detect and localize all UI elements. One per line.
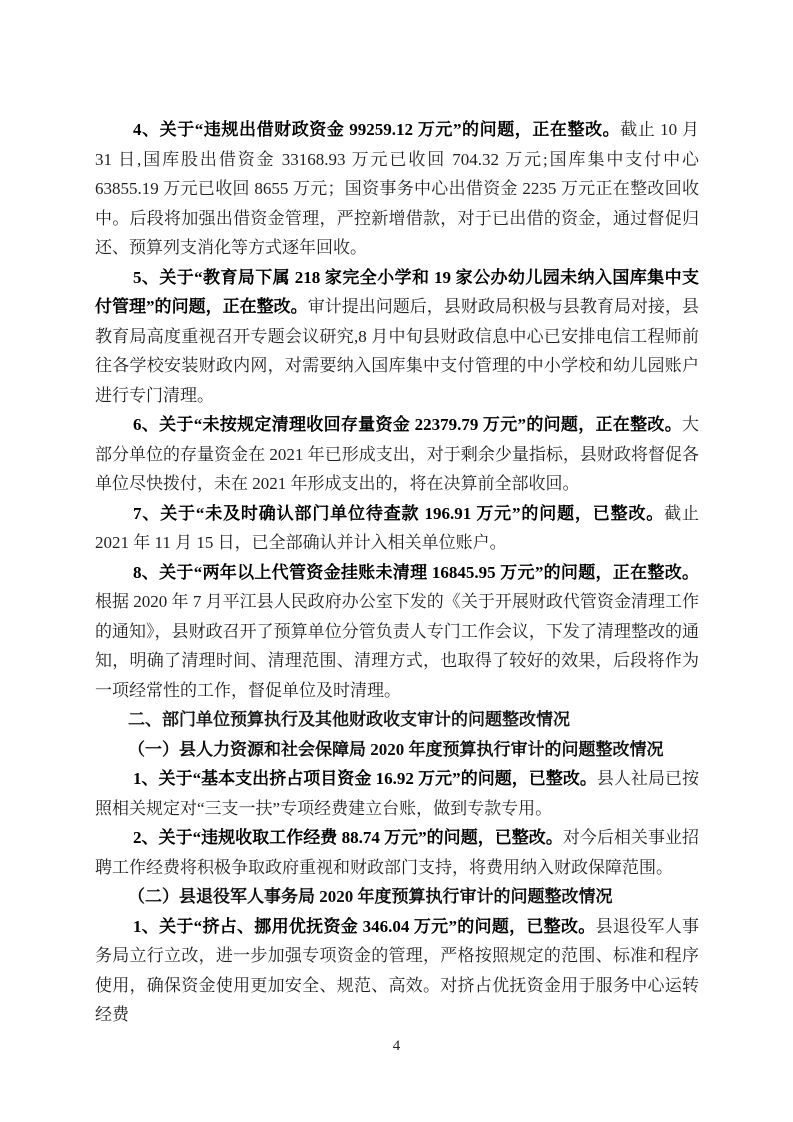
paragraph-bold-lead: 1、关于“基本支出挤占项目资金 16.92 万元”的问题，已整改。	[133, 769, 597, 788]
paragraph-bold-lead: 1、关于“挤占、挪用优抚资金 346.04 万元”的问题，已整改。	[133, 917, 596, 936]
subsection-heading-text: （一）县人力资源和社会保障局 2020 年度预算执行审计的问题整改情况	[128, 740, 664, 759]
numbered-paragraph: 6、关于“未按规定清理收回存量资金 22379.79 万元”的问题，正在整改。大…	[95, 410, 699, 499]
document-body: 4、关于“违规出借财政资金 99259.12 万元”的问题，正在整改。截止 10…	[95, 115, 699, 1030]
numbered-paragraph: 4、关于“违规出借财政资金 99259.12 万元”的问题，正在整改。截止 10…	[95, 115, 699, 263]
numbered-paragraph: 2、关于“违规收取工作经费 88.74 万元”的问题，已整改。对今后相关事业招聘…	[95, 823, 699, 882]
paragraph-bold-lead: 8、关于“两年以上代管资金挂账未清理 16845.95 万元”的问题，正在整改。	[133, 563, 699, 582]
paragraph-bold-lead: 2、关于“违规收取工作经费 88.74 万元”的问题，已整改。	[133, 828, 563, 847]
paragraph-bold-lead: 7、关于“未及时确认部门单位待查款 196.91 万元”的问题，已整改。	[133, 504, 664, 523]
section-heading-text: 二、部门单位预算执行及其他财政收支审计的问题整改情况	[128, 710, 570, 729]
section-heading: 二、部门单位预算执行及其他财政收支审计的问题整改情况	[95, 705, 699, 735]
subsection-heading: （二）县退役军人事务局 2020 年度预算执行审计的问题整改情况	[95, 882, 699, 912]
paragraph-bold-lead: 4、关于“违规出借财政资金 99259.12 万元”的问题，正在整改。	[133, 120, 620, 139]
subsection-heading: （一）县人力资源和社会保障局 2020 年度预算执行审计的问题整改情况	[95, 735, 699, 765]
numbered-paragraph: 7、关于“未及时确认部门单位待查款 196.91 万元”的问题，已整改。截止 2…	[95, 499, 699, 558]
numbered-paragraph: 1、关于“挤占、挪用优抚资金 346.04 万元”的问题，已整改。县退役军人事务…	[95, 912, 699, 1030]
paragraph-text: 截止 10 月 31 日,国库股出借资金 33168.93 万元已收回 704.…	[95, 120, 699, 257]
paragraph-text: 根据 2020 年 7 月平江县人民政府办公室下发的《关于开展财政代管资金清理工…	[95, 592, 699, 700]
numbered-paragraph: 1、关于“基本支出挤占项目资金 16.92 万元”的问题，已整改。县人社局已按照…	[95, 764, 699, 823]
numbered-paragraph: 5、关于“教育局下属 218 家完全小学和 19 家公办幼儿园未纳入国库集中支付…	[95, 263, 699, 411]
page-number: 4	[393, 1038, 401, 1054]
page-footer: 4	[0, 1036, 793, 1056]
paragraph-bold-lead: 6、关于“未按规定清理收回存量资金 22379.79 万元”的问题，正在整改。	[133, 415, 682, 434]
subsection-heading-text: （二）县退役军人事务局 2020 年度预算执行审计的问题整改情况	[128, 887, 613, 906]
numbered-paragraph: 8、关于“两年以上代管资金挂账未清理 16845.95 万元”的问题，正在整改。…	[95, 558, 699, 706]
